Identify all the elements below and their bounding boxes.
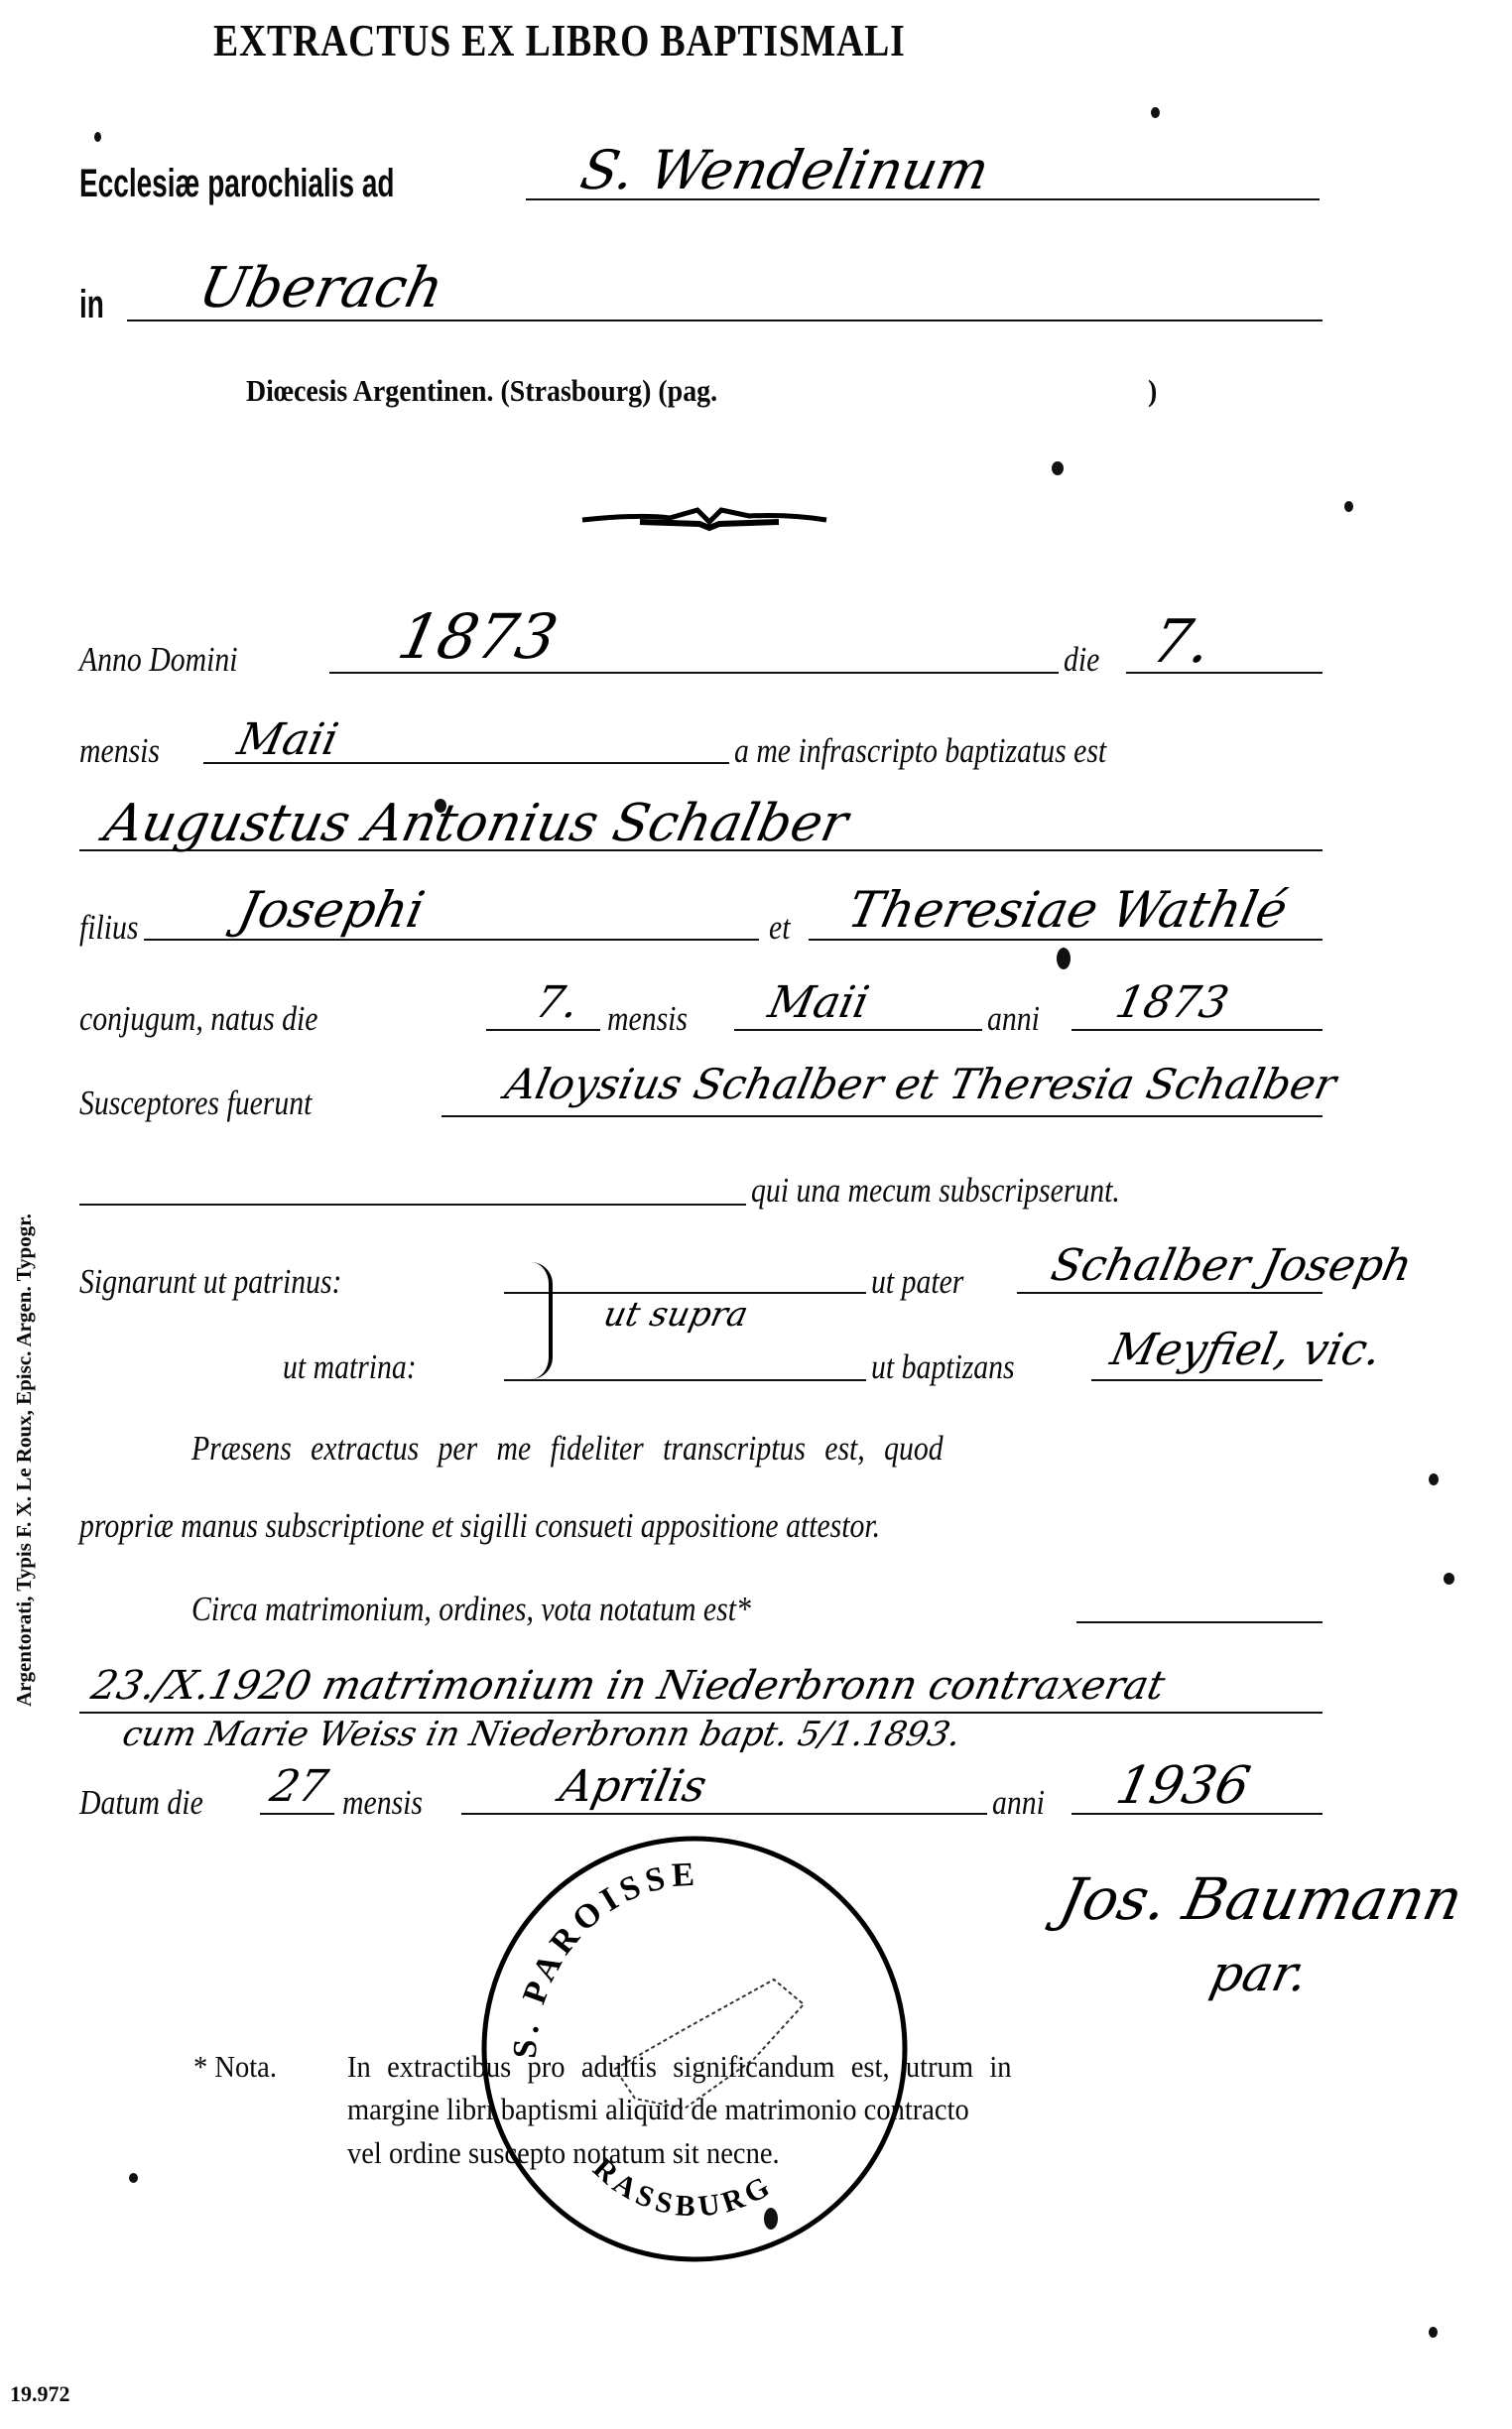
birth-mensis-label: mensis [607,999,688,1039]
mother-name: Theresiae Wathlé [843,881,1293,939]
birth-anni-label: anni [987,999,1040,1039]
footnote-line-1: In extractibus pro adultis significandum… [347,2049,1012,2085]
ink-speck [1151,107,1160,118]
qui-una-label: qui una mecum subscripserunt. [751,1171,1120,1211]
bracket-icon [531,1262,553,1379]
birth-year: 1873 [1111,977,1233,1028]
ink-speck [94,132,101,142]
ink-speck [1429,2327,1438,2338]
mother-underline [809,939,1323,941]
die-label: die [1064,640,1099,680]
father-name: Josephi [233,881,430,939]
footnote-line-3: vel ordine suscepto notatum sit necne. [347,2135,780,2171]
notatum-underline [1076,1621,1323,1623]
matrina-underline [504,1379,866,1381]
birth-month-underline [734,1029,982,1031]
printer-imprint: Argentorati, Typis F. X. Le Roux, Episc.… [12,1214,37,1707]
anno-value: 1873 [392,600,564,673]
notatum-label: Circa matrimonium, ordines, vota notatum… [191,1590,751,1629]
form-number: 19.972 [10,2381,70,2407]
ut-supra: ut supra [600,1295,752,1335]
et-label: et [769,908,790,948]
birth-day-underline [486,1029,600,1031]
datum-month-underline [461,1813,987,1815]
datum-anni-label: anni [992,1783,1045,1823]
marriage-note-line-1: 23./X.1920 matrimonium in Niederbronn co… [87,1663,1169,1709]
ink-speck [129,2173,138,2183]
pater-value: Schalber Joseph [1047,1240,1417,1291]
datum-month: Aprilis [556,1761,711,1812]
diocese-label: Diœcesis Argentinen. (Strasbourg) (pag. [246,373,717,409]
baptizans-value: Meyfiel, vic. [1106,1325,1386,1375]
mensis-value: Maii [233,714,342,765]
patrinus-underline [504,1292,866,1294]
datum-label: Datum die [79,1783,203,1823]
attestation-line-1: Præsens extractus per me fideliter trans… [191,1429,944,1469]
birth-day: 7. [531,977,583,1028]
die-value: 7. [1146,607,1217,677]
stamp-top-text: S. PAROISSE [507,1855,701,2059]
signature-title: par. [1205,1945,1313,2002]
in-value: Uberach [193,256,449,320]
anno-label: Anno Domini [79,640,237,680]
susceptores-value: Aloysius Schalber et Theresia Schalber [501,1060,1340,1108]
signature-name: Jos. Baumann [1054,1865,1468,1933]
svg-text:S. PAROISSE: S. PAROISSE [507,1855,701,2059]
pater-label: ut pater [871,1262,963,1302]
diocese-page-close: ) [1148,373,1157,409]
datum-day: 27 [266,1761,332,1812]
ornament-divider-icon [580,504,828,534]
datum-year: 1936 [1111,1756,1255,1816]
ink-speck [1444,1573,1454,1585]
father-underline [144,939,759,941]
datum-day-underline [260,1813,334,1815]
attestation-line-2: propriæ manus subscriptione et sigilli c… [79,1506,880,1546]
ink-speck [1429,1473,1439,1485]
ecclesia-value: S. Wendelinum [575,139,994,201]
footnote-marker: * Nota. [193,2049,277,2085]
note-underline [79,1712,1323,1714]
marriage-note-line-2: cum Marie Weiss in Niederbronn bapt. 5/1… [119,1715,964,1754]
document-title: EXTRACTUS EX LIBRO BAPTISMALI [213,14,906,66]
ink-speck [1057,948,1071,969]
birth-year-underline [1071,1029,1323,1031]
ecclesia-label: Ecclesiæ parochialis ad [79,162,394,206]
matrina-label: ut matrina: [283,1347,417,1387]
ink-speck [435,799,446,813]
baptizatus-label: a me infrascripto baptizatus est [734,731,1106,771]
mensis-label: mensis [79,731,160,771]
blank-underline [79,1204,746,1206]
conjugum-label: conjugum, natus die [79,999,317,1039]
ink-speck [1344,501,1353,512]
footnote-line-2: margine libri baptismi aliquid de matrim… [347,2092,969,2127]
pater-underline [1017,1292,1323,1294]
signarunt-label: Signarunt ut patrinus: [79,1262,341,1302]
datum-mensis-label: mensis [342,1783,423,1823]
susceptores-label: Susceptores fuerunt [79,1084,312,1123]
baptizans-label: ut baptizans [871,1347,1015,1387]
ink-speck [764,2208,778,2230]
birth-month: Maii [764,977,873,1028]
susceptores-underline [441,1115,1323,1117]
in-label: in [79,283,104,327]
baptizans-underline [1091,1379,1323,1381]
ink-speck [1052,461,1064,475]
baptized-name: Augustus Antonius Schalber [99,794,853,853]
filius-label: filius [79,908,139,948]
